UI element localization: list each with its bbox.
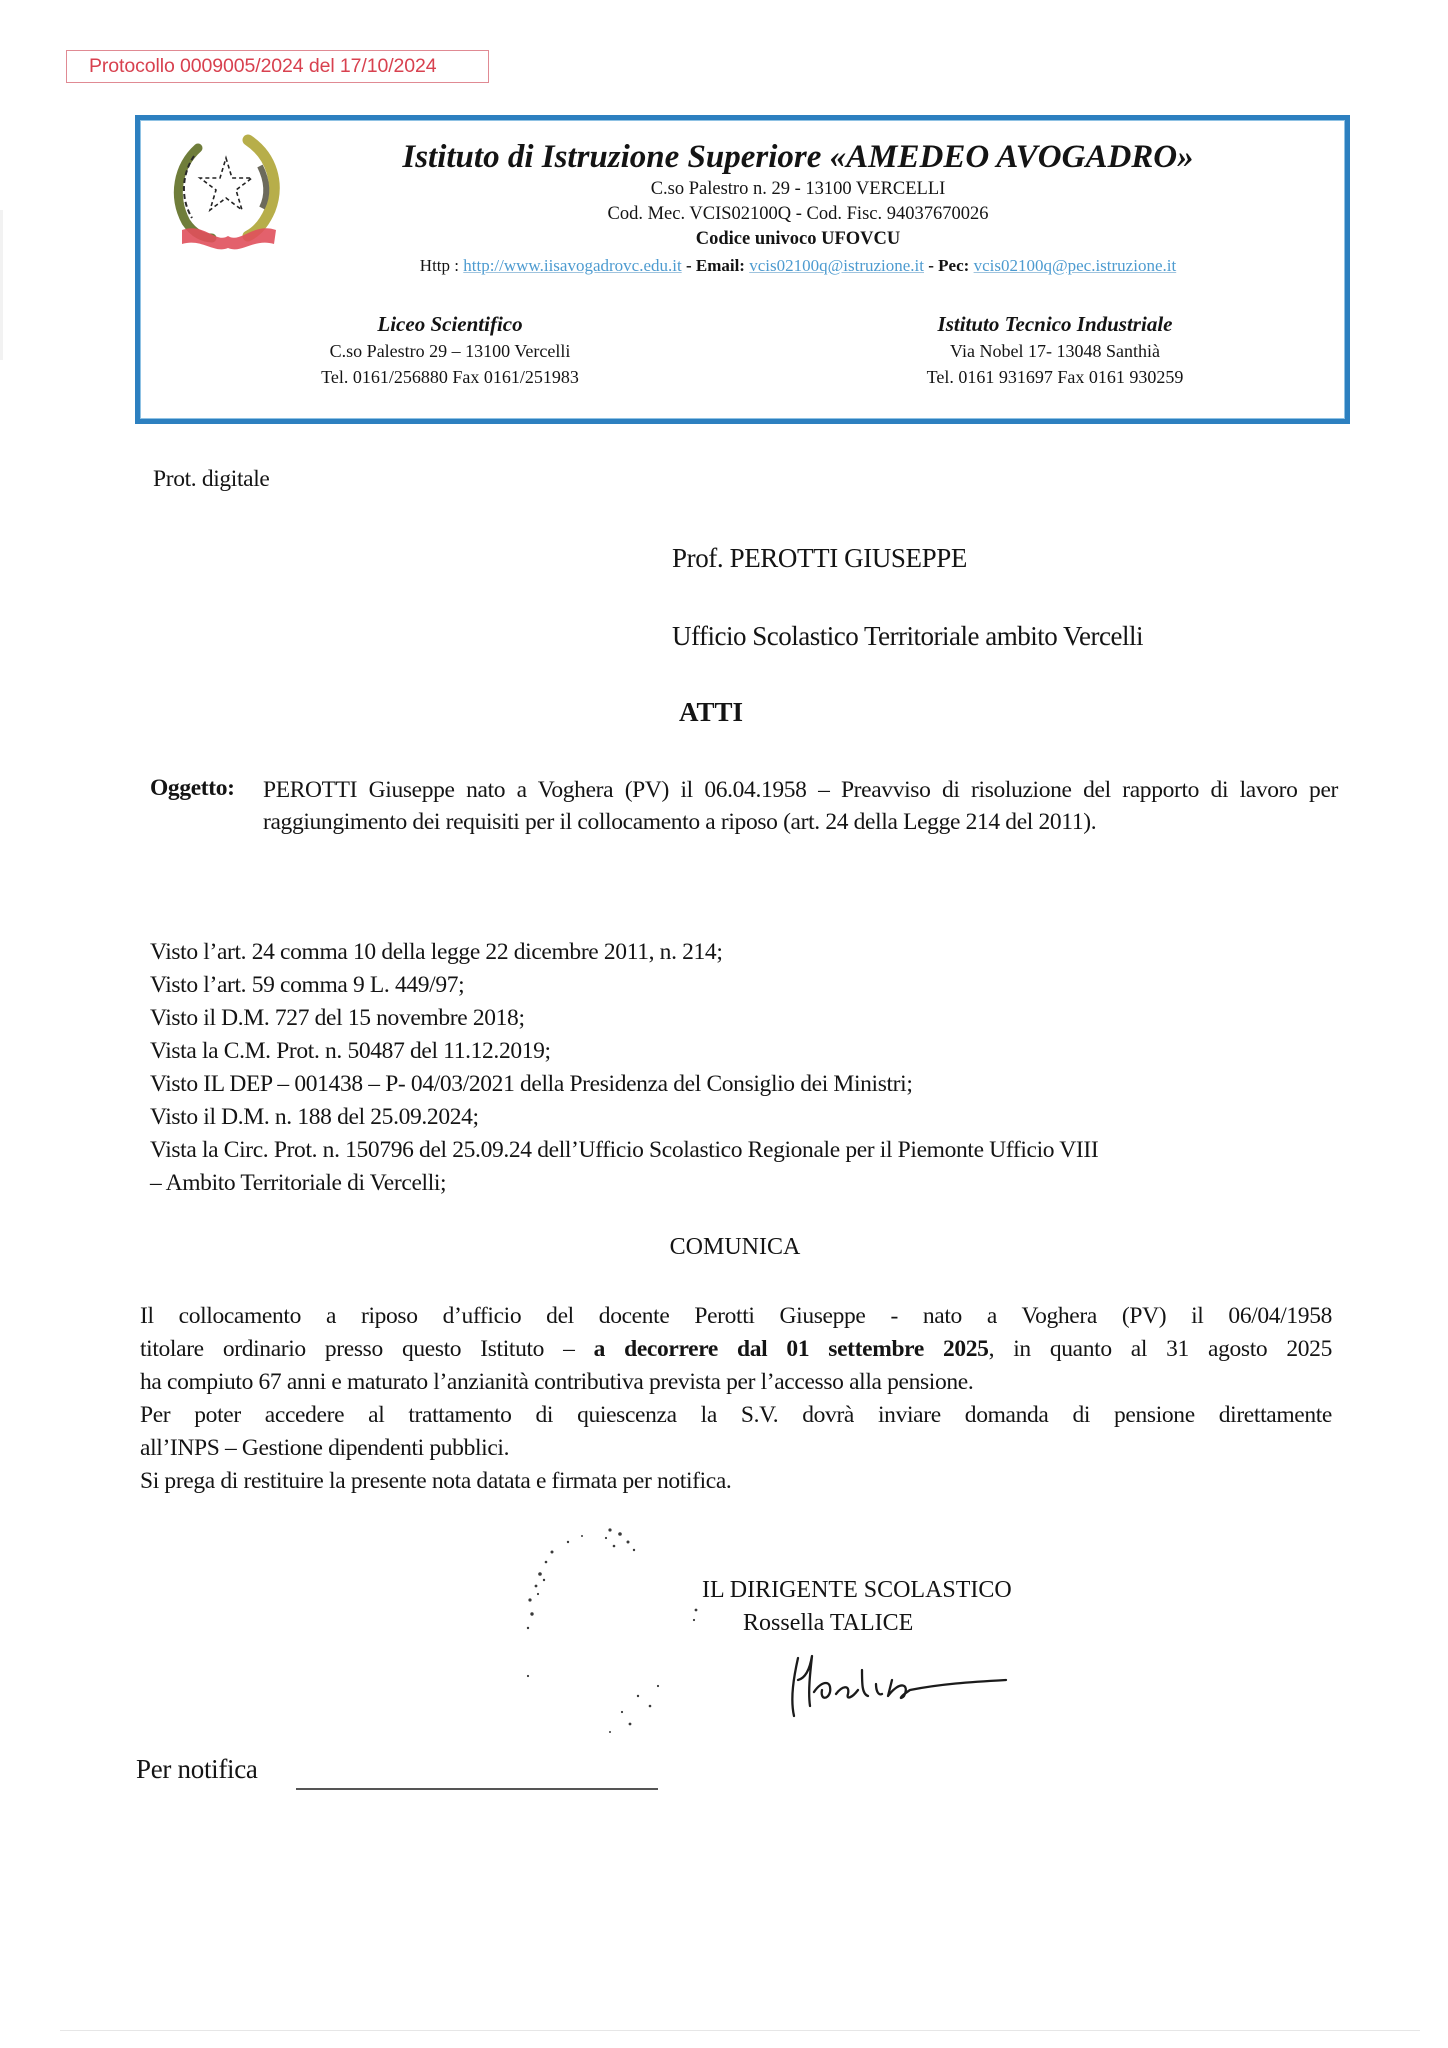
- notification-label: Per notifica: [136, 1754, 258, 1785]
- unique-code: Codice univoco UFOVCU: [268, 229, 1328, 250]
- recipient-records: ATTI: [679, 697, 743, 728]
- body-line: Il collocamento a riposo d’ufficio del d…: [140, 1300, 1332, 1333]
- email-label: - Email:: [682, 256, 750, 275]
- reference-item: Vista la Circ. Prot. n. 150796 del 25.09…: [150, 1134, 1350, 1167]
- school-codes: Cod. Mec. VCIS02100Q - Cod. Fisc. 940376…: [268, 204, 1328, 225]
- body-line: all’INPS – Gestione dipendenti pubblici.: [140, 1432, 1332, 1465]
- reference-item: Visto l’art. 24 comma 10 della legge 22 …: [150, 936, 1350, 969]
- body-text-segment: , in quanto al 31 agosto 2025: [989, 1336, 1332, 1362]
- protocol-stamp: Protocollo 0009005/2024 del 17/10/2024: [66, 50, 489, 83]
- pec-link[interactable]: vcis02100q@pec.istruzione.it: [974, 256, 1177, 275]
- handwritten-signature-icon: [780, 1640, 1020, 1720]
- scan-edge-shadow: [0, 210, 3, 360]
- branch-itis: Istituto Tecnico Industriale Via Nobel 1…: [835, 311, 1275, 390]
- italian-republic-emblem-icon: [164, 126, 290, 256]
- reference-item: – Ambito Territoriale di Vercelli;: [150, 1167, 1350, 1200]
- branch-liceo: Liceo Scientifico C.so Palestro 29 – 131…: [230, 311, 670, 390]
- body-line: titolare ordinario presso questo Istitut…: [140, 1333, 1332, 1366]
- reference-item: Visto l’art. 59 comma 9 L. 449/97;: [150, 969, 1350, 1002]
- letterhead: Istituto di Istruzione Superiore «AMEDEO…: [135, 115, 1350, 424]
- notification-signature-line[interactable]: [296, 1788, 658, 1790]
- reference-item: Visto IL DEP – 001438 – P- 04/03/2021 de…: [150, 1068, 1350, 1101]
- signatory-name: Rossella TALICE: [743, 1610, 913, 1637]
- section-heading: COMUNICA: [0, 1234, 1448, 1261]
- official-stamp-icon: [510, 1510, 740, 1750]
- branch-address: C.so Palestro 29 – 13100 Vercelli: [230, 338, 670, 364]
- subject-text: PEROTTI Giuseppe nato a Voghera (PV) il …: [263, 775, 1338, 838]
- recipient-office: Ufficio Scolastico Territoriale ambito V…: [672, 621, 1143, 652]
- page-edge-divider: [60, 2030, 1420, 2031]
- protocol-label: Prot. digitale: [153, 466, 270, 493]
- website-link[interactable]: http://www.iisavogadrovc.edu.it: [463, 256, 681, 275]
- branch-name: Liceo Scientifico: [230, 311, 670, 338]
- email-link[interactable]: vcis02100q@istruzione.it: [749, 256, 924, 275]
- body-line: Per poter accedere al trattamento di qui…: [140, 1399, 1332, 1432]
- recipient-name: Prof. PEROTTI GIUSEPPE: [672, 543, 967, 574]
- school-name: Istituto di Istruzione Superiore «AMEDEO…: [268, 139, 1328, 176]
- subject-label: Oggetto:: [150, 775, 235, 802]
- pec-label: - Pec:: [924, 256, 974, 275]
- signatory-role: IL DIRIGENTE SCOLASTICO: [702, 1577, 1012, 1604]
- branch-phone: Tel. 0161 931697 Fax 0161 930259: [835, 364, 1275, 390]
- body-line: ha compiuto 67 anni e maturato l’anziani…: [140, 1366, 1332, 1399]
- http-label: Http :: [420, 256, 463, 275]
- legal-references: Visto l’art. 24 comma 10 della legge 22 …: [150, 936, 1350, 1200]
- branch-address: Via Nobel 17- 13048 Santhià: [835, 338, 1275, 364]
- reference-item: Visto il D.M. 727 del 15 novembre 2018;: [150, 1002, 1350, 1035]
- body-line: Si prega di restituire la presente nota …: [140, 1465, 1332, 1498]
- branch-phone: Tel. 0161/256880 Fax 0161/251983: [230, 364, 670, 390]
- protocol-number: Protocollo 0009005/2024 del 17/10/2024: [89, 55, 437, 78]
- branch-name: Istituto Tecnico Industriale: [835, 311, 1275, 338]
- body-text: Il collocamento a riposo d’ufficio del d…: [140, 1300, 1332, 1498]
- effective-date-highlight: a decorrere dal 01 settembre 2025: [594, 1336, 989, 1362]
- reference-item: Visto il D.M. n. 188 del 25.09.2024;: [150, 1101, 1350, 1134]
- contact-links: Http : http://www.iisavogadrovc.edu.it -…: [268, 256, 1328, 276]
- school-address: C.so Palestro n. 29 - 13100 VERCELLI: [268, 179, 1328, 200]
- reference-item: Vista la C.M. Prot. n. 50487 del 11.12.2…: [150, 1035, 1350, 1068]
- body-text-segment: titolare ordinario presso questo Istitut…: [140, 1336, 594, 1362]
